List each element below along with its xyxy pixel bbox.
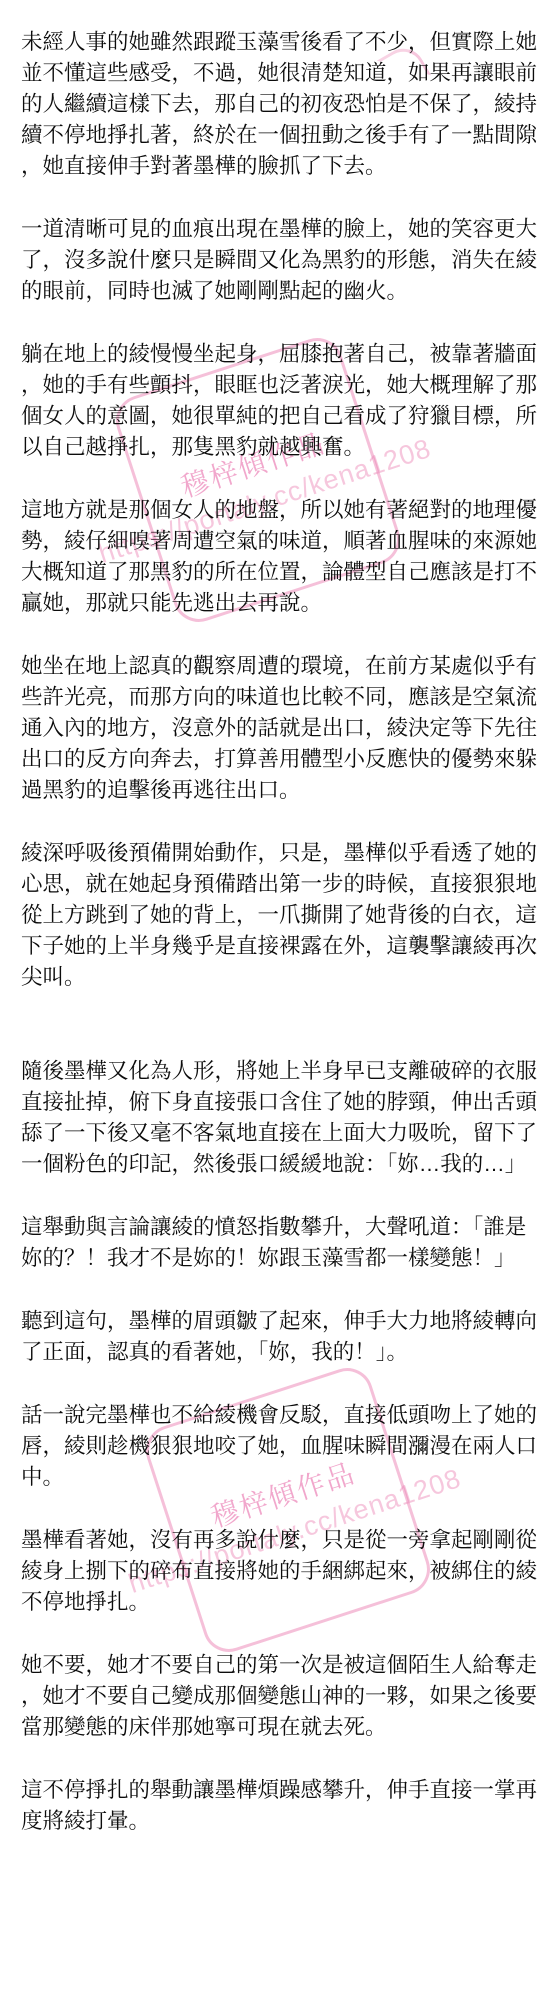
story-paragraph: 聽到這句，墨樺的眉頭皺了起來，伸手大力地將綾轉向了正面，認真的看著她，「妳，我的… xyxy=(21,1306,539,1368)
story-paragraph: 這舉動與言論讓綾的憤怒指數攀升，大聲吼道：「誰是妳的？！我才不是妳的！妳跟玉藻雪… xyxy=(21,1212,539,1274)
story-paragraph: 話一說完墨樺也不給綾機會反駁，直接低頭吻上了她的唇，綾則趁機狠狠地咬了她，血腥味… xyxy=(21,1400,539,1493)
story-paragraph: 躺在地上的綾慢慢坐起身，屈膝抱著自己，被靠著牆面，她的手有些顫抖，眼眶也泛著淚光… xyxy=(21,339,539,463)
novel-page: 穆梓傾作品 https://portaly.cc/kena1208 穆梓傾作品 … xyxy=(0,0,560,2000)
story-paragraph: 她坐在地上認真的觀察周遭的環境，在前方某處似乎有些許光亮，而那方向的味道也比較不… xyxy=(21,651,539,806)
story-paragraph: 墨樺看著她，沒有再多說什麼，只是從一旁拿起剛剛從綾身上捌下的碎布直接將她的手綑綁… xyxy=(21,1525,539,1618)
story-paragraph: 這地方就是那個女人的地盤，所以她有著絕對的地理優勢，綾仔細嗅著周遭空氣的味道，順… xyxy=(21,495,539,619)
story-paragraph: 一道清晰可見的血痕出現在墨樺的臉上，她的笑容更大了，沒多說什麼只是瞬間又化為黑豹… xyxy=(21,214,539,307)
story-paragraph: 綾深呼吸後預備開始動作，只是，墨樺似乎看透了她的心思，就在她起身預備踏出第一步的… xyxy=(21,838,539,993)
story-paragraph: 這不停掙扎的舉動讓墨樺煩躁感攀升，伸手直接一掌再度將綾打暈。 xyxy=(21,1775,539,1837)
story-paragraph: 她不要，她才不要自己的第一次是被這個陌生人給奪走，她才不要自己變成那個變態山神的… xyxy=(21,1650,539,1743)
story-paragraph: 隨後墨樺又化為人形，將她上半身早已支離破碎的衣服直接扯掉，俯下身直接張口含住了她… xyxy=(21,1056,539,1180)
story-paragraph: 未經人事的她雖然跟蹤玉藻雪後看了不少，但實際上她並不懂這些感受，不過，她很清楚知… xyxy=(21,27,539,182)
story-text: 未經人事的她雖然跟蹤玉藻雪後看了不少，但實際上她並不懂這些感受，不過，她很清楚知… xyxy=(0,0,560,1837)
